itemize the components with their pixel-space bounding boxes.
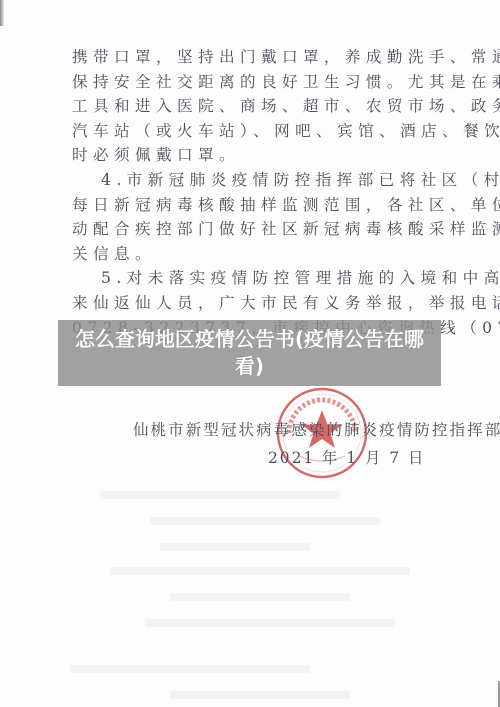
reverse-side-bleed-through: [60, 485, 440, 700]
item-5-line-1: 5.对未落实疫情防控管理措施的入境和中高风险地区: [72, 266, 434, 291]
item-4-line-3: 动配合疾控部门做好社区新冠病毒核酸采样监测，并提供相: [72, 217, 434, 242]
body-line-1: 携带口罩，坚持出门戴口罩，养成勤洗手、常通风、不聚集、: [72, 45, 434, 70]
body-line-3: 工具和进入医院、商场、超市、农贸市场、政务大厅、长途: [72, 94, 434, 119]
document-page: 携带口罩，坚持出门戴口罩，养成勤洗手、常通风、不聚集、 保持安全社交距离的良好卫…: [0, 0, 500, 707]
issuer-signature: 仙桃市新型冠状病毒感染的肺炎疫情防控指挥部: [133, 418, 500, 440]
item-4-line-4: 关信息。: [72, 242, 434, 267]
issue-date: 2021 年 1 月 7 日: [268, 446, 425, 468]
item-5-line-2: 来仙返仙人员，广大市民有义务举报，举报电话 110 或: [72, 291, 434, 316]
paper-edge-top-left: [0, 0, 4, 26]
item-4-line-2: 每日新冠病毒核酸抽样监测范围，各社区、单位、居民要主: [72, 193, 434, 218]
title-overlay-banner: 怎么查询地区疫情公告书(疫情公告在哪看): [58, 320, 441, 386]
body-line-5: 时必须佩戴口罩。: [72, 143, 434, 168]
body-line-2: 保持安全社交距离的良好卫生习惯。尤其是在乘坐公共交通: [72, 70, 434, 95]
overlay-title: 怎么查询地区疫情公告书(疫情公告在哪看): [75, 326, 425, 380]
item-4-line-1: 4.市新冠肺炎疫情防控指挥部已将社区（村）居民纳入: [72, 168, 434, 193]
notice-body: 携带口罩，坚持出门戴口罩，养成勤洗手、常通风、不聚集、 保持安全社交距离的良好卫…: [72, 45, 434, 340]
body-line-4: 汽车站（或火车站）、网吧、宾馆、酒店、餐饮等公共场所: [72, 119, 434, 144]
